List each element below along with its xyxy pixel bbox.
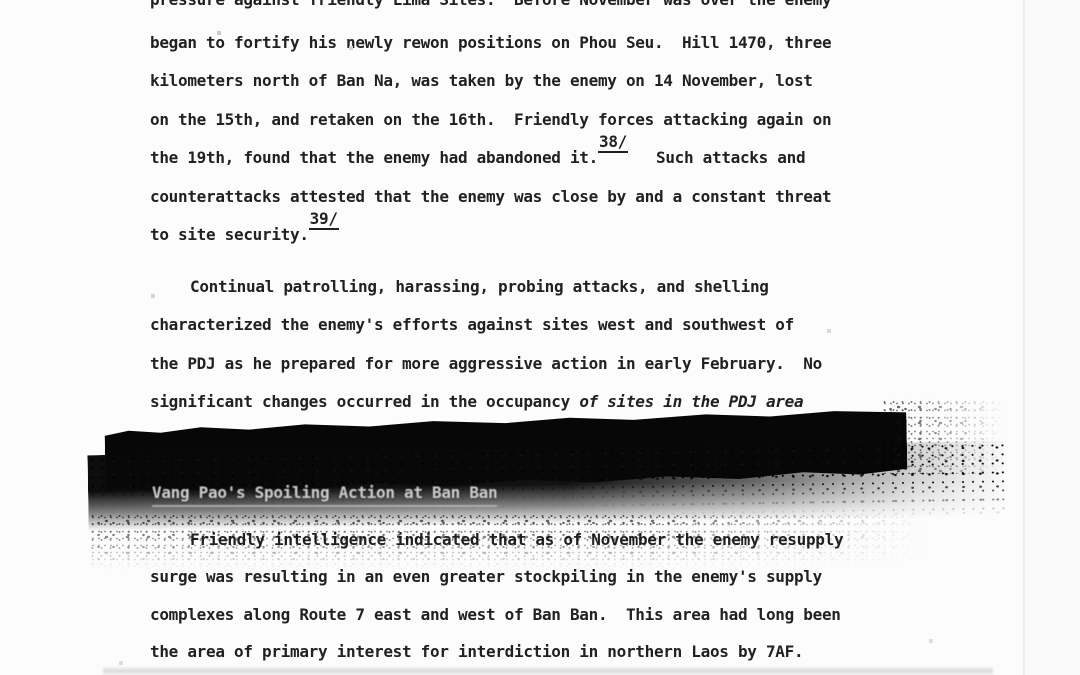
- paragraph-1: began to fortify his newly rewon positio…: [150, 24, 831, 254]
- scanned-document-page: pressure against friendly Lima Sites. Be…: [0, 0, 1080, 675]
- document-line: began to fortify his newly rewon positio…: [150, 24, 831, 62]
- document-line: significant changes occurred in the occu…: [150, 383, 822, 421]
- page-right-margin: [1025, 0, 1080, 675]
- document-line: the area of primary interest for interdi…: [150, 633, 843, 670]
- photocopy-noise-band: [87, 441, 1010, 531]
- line-text: to site security.: [150, 225, 309, 244]
- document-line: the 19th, found that the enemy had aband…: [150, 139, 831, 177]
- document-line: to site security.39/: [150, 216, 831, 254]
- photocopy-noise-spray: [880, 398, 1012, 474]
- paragraph-3: Friendly intelligence indicated that as …: [150, 521, 843, 671]
- photocopy-specks: [0, 0, 2, 2]
- section-heading-under-redaction: Vang Pao's Spoiling Action at Ban Ban: [152, 482, 497, 507]
- document-line: complexes along Route 7 east and west of…: [150, 596, 843, 633]
- document-line: on the 15th, and retaken on the 16th. Fr…: [150, 101, 831, 139]
- line-text: Such attacks and: [628, 148, 805, 167]
- footnote-marker-38: 38/: [598, 134, 628, 153]
- clipped-top-line-container: pressure against friendly Lima Sites. Be…: [150, 0, 831, 19]
- footnote-marker-39: 39/: [309, 211, 339, 230]
- document-line: kilometers north of Ban Na, was taken by…: [150, 62, 831, 100]
- document-line: characterized the enemy's efforts agains…: [150, 306, 822, 344]
- page-edge-line: [1023, 0, 1025, 675]
- line-text: significant changes occurred in the occu…: [150, 392, 579, 411]
- document-line: Friendly intelligence indicated that as …: [150, 521, 843, 558]
- document-line: the PDJ as he prepared for more aggressi…: [150, 345, 822, 383]
- document-line: pressure against friendly Lima Sites. Be…: [150, 0, 831, 19]
- line-text-italic: of sites in the PDJ area: [579, 392, 803, 411]
- document-line: surge was resulting in an even greater s…: [150, 558, 843, 595]
- clipped-bottom-line-artifact: [103, 668, 993, 674]
- document-line: counterattacks attested that the enemy w…: [150, 178, 831, 216]
- document-line: Continual patrolling, harassing, probing…: [150, 268, 822, 306]
- paragraph-2: Continual patrolling, harassing, probing…: [150, 268, 822, 422]
- line-text: the 19th, found that the enemy had aband…: [150, 148, 598, 167]
